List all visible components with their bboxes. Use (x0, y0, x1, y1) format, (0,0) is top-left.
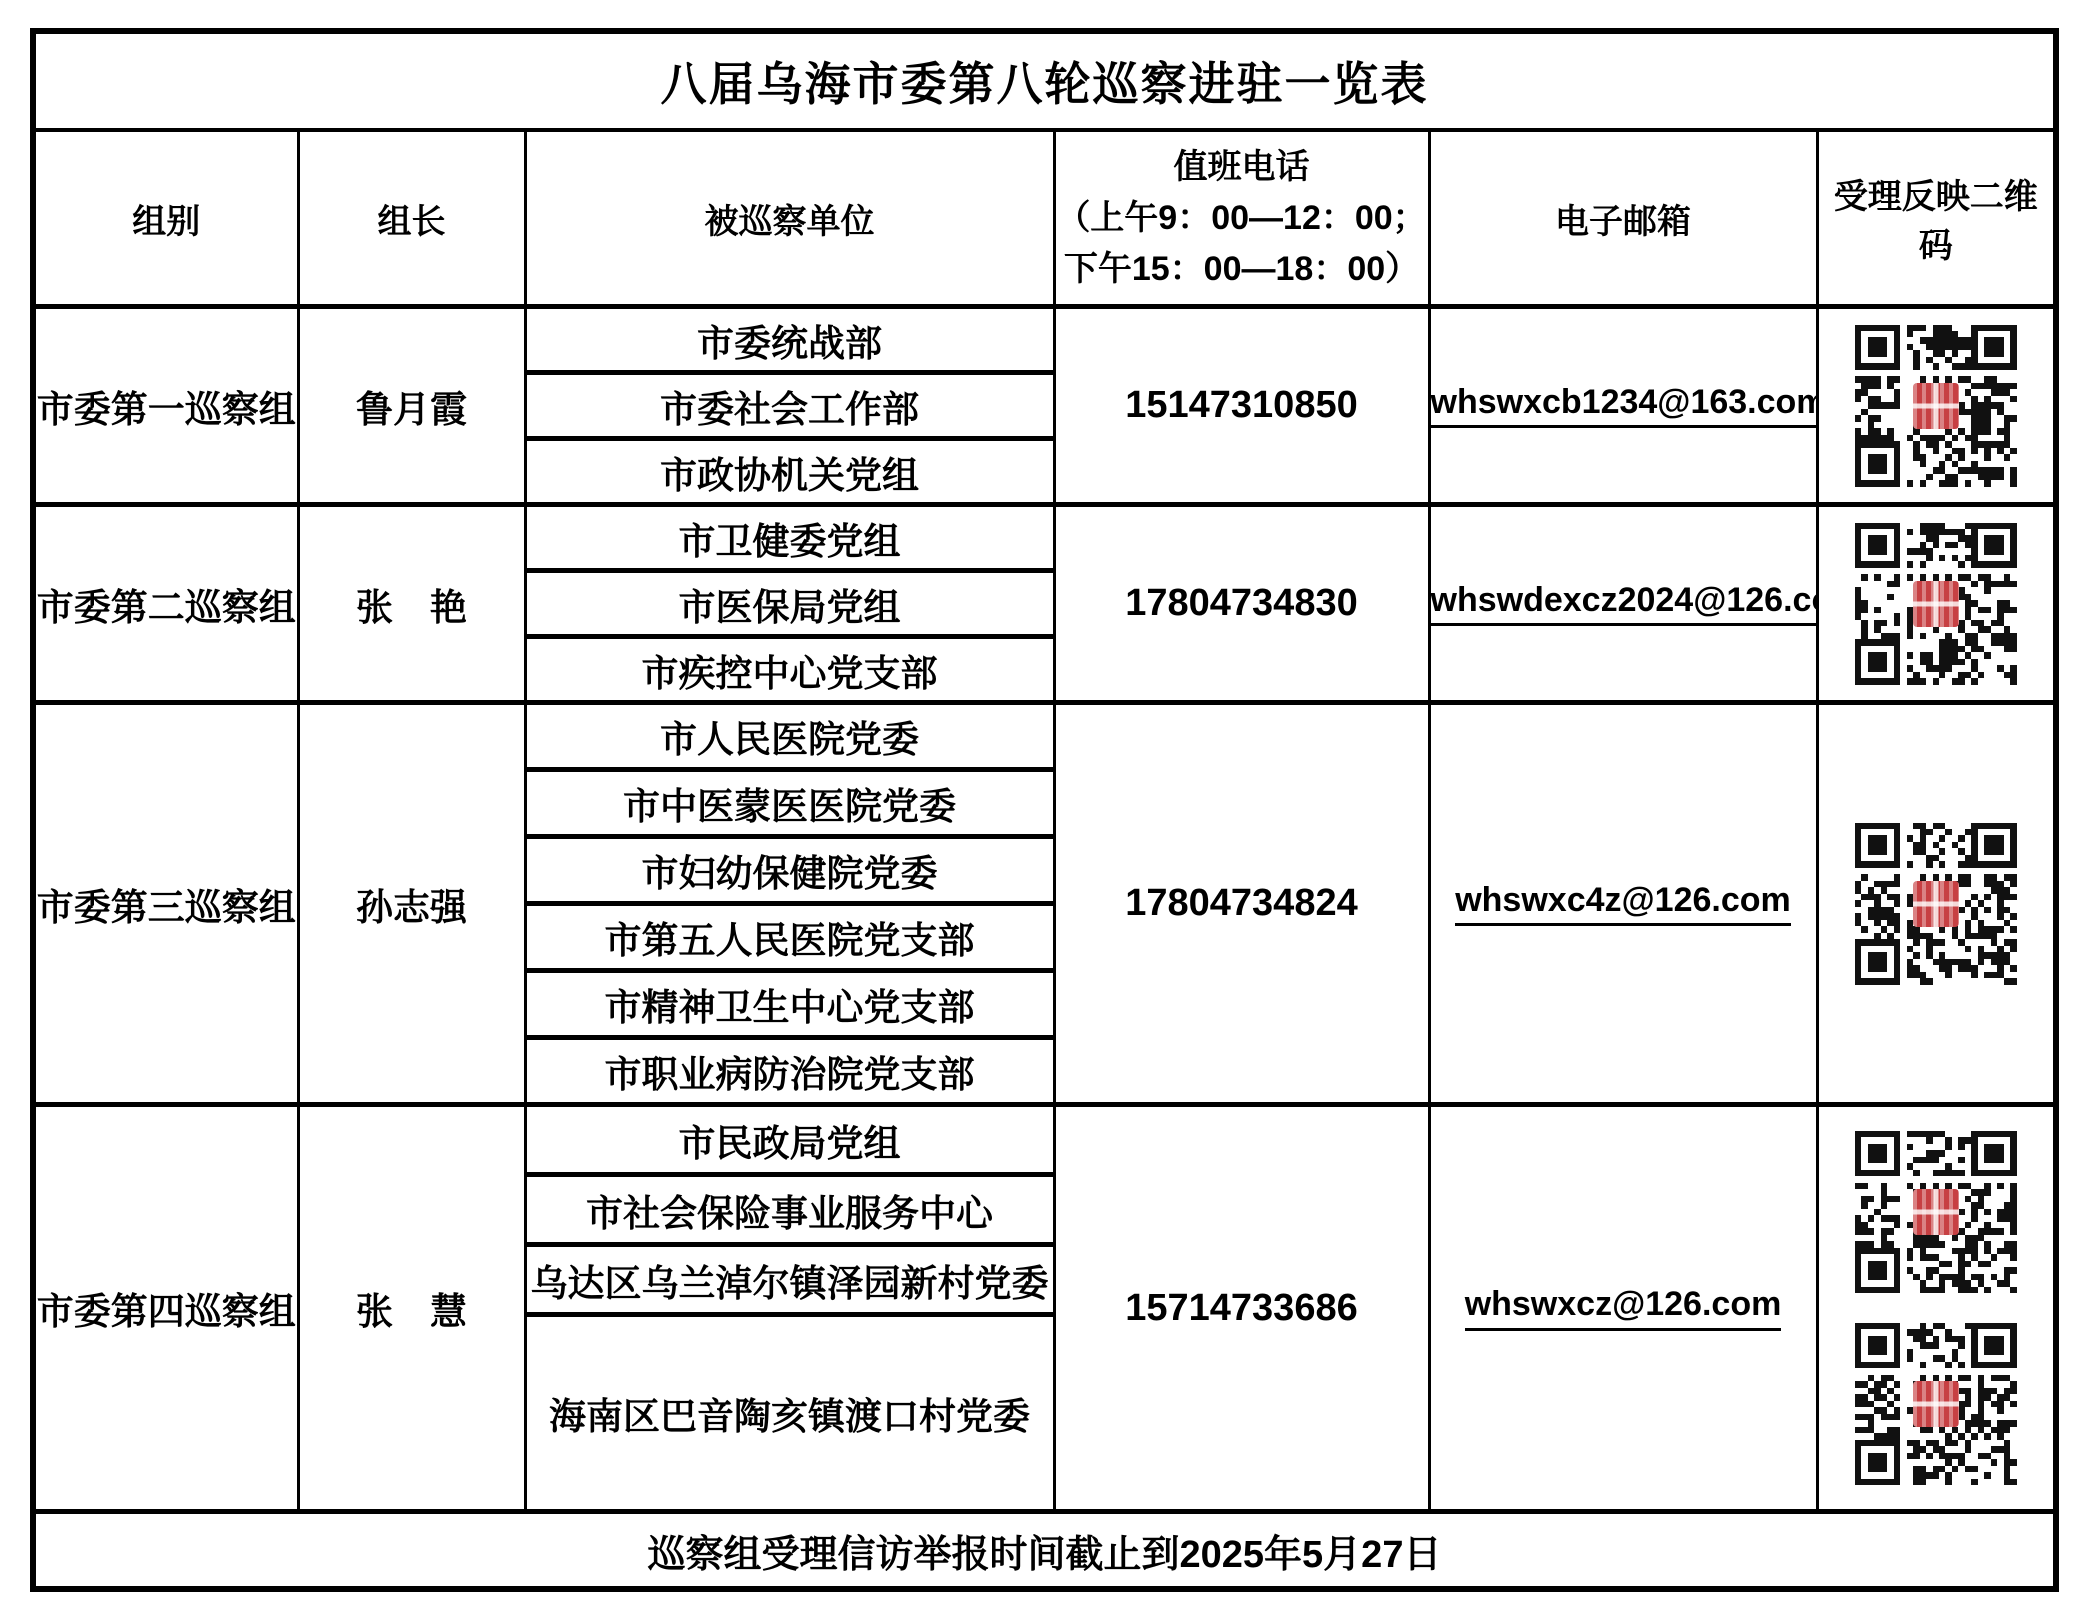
unit-cell: 市政协机关党组 (525, 439, 1054, 505)
group-name: 市委第二巡察组 (33, 505, 298, 703)
email-cell: whswxcz@126.com (1429, 1105, 1817, 1512)
qr-code (1855, 1323, 2017, 1485)
unit-cell: 市精神卫生中心党支部 (525, 971, 1054, 1038)
group-leader: 鲁月霞 (298, 307, 525, 505)
col-header-phone: 值班电话 （上午9：00—12：00； 下午15：00—18：00） (1054, 130, 1429, 307)
unit-cell: 市民政局党组 (525, 1105, 1054, 1175)
phone-header-line1: 值班电话 (1056, 142, 1428, 193)
unit-cell: 海南区巴音陶亥镇渡口村党委 (525, 1315, 1054, 1512)
group-name: 市委第一巡察组 (33, 307, 298, 505)
unit-cell: 市委社会工作部 (525, 373, 1054, 439)
unit-cell: 市妇幼保健院党委 (525, 837, 1054, 904)
email-link[interactable]: whswxcb1234@163.com (1431, 384, 1818, 428)
email-cell: whswxcb1234@163.com (1429, 307, 1817, 505)
unit-cell: 市委统战部 (525, 307, 1054, 373)
unit-cell: 市社会保险事业服务中心 (525, 1175, 1054, 1245)
title-section: 八届乌海市委第八轮巡察进驻一览表 组别 组长 被巡察单位 值班电话 （上午9：0… (33, 31, 2056, 307)
col-header-units: 被巡察单位 (525, 130, 1054, 307)
group-name: 市委第三巡察组 (33, 703, 298, 1105)
group-leader: 张 艳 (298, 505, 525, 703)
duty-phone: 15147310850 (1054, 307, 1429, 505)
qr-code (1855, 325, 2017, 487)
group-row-2: 市委第二巡察组 张 艳 市卫健委党组 17804734830 whswdexcz… (33, 505, 2056, 703)
unit-cell: 市第五人民医院党支部 (525, 904, 1054, 971)
col-header-group: 组别 (33, 130, 298, 307)
email-link[interactable]: whswxcz@126.com (1465, 1286, 1782, 1330)
qr-code (1855, 823, 2017, 985)
group-row-1: 市委第一巡察组 鲁月霞 市委统战部 15147310850 whswxcb123… (33, 307, 2056, 505)
qr-code (1855, 1131, 2017, 1293)
col-header-leader: 组长 (298, 130, 525, 307)
col-header-email: 电子邮箱 (1429, 130, 1817, 307)
email-link[interactable]: whswdexcz2024@126.com (1431, 582, 1818, 626)
qr-cell (1817, 1105, 2056, 1512)
group-name: 市委第四巡察组 (33, 1105, 298, 1512)
duty-phone: 17804734824 (1054, 703, 1429, 1105)
phone-header-line2: （上午9：00—12：00； (1056, 193, 1428, 244)
footer-section: 巡察组受理信访举报时间截止到2025年5月27日 (33, 1512, 2056, 1590)
inspection-table: 八届乌海市委第八轮巡察进驻一览表 组别 组长 被巡察单位 值班电话 （上午9：0… (30, 28, 2059, 1592)
group-leader: 张 慧 (298, 1105, 525, 1512)
unit-cell: 市人民医院党委 (525, 703, 1054, 770)
group-leader: 孙志强 (298, 703, 525, 1105)
qr-code (1855, 523, 2017, 685)
qr-cell (1817, 703, 2056, 1105)
qr-cell (1817, 505, 2056, 703)
duty-phone: 15714733686 (1054, 1105, 1429, 1512)
col-header-qr: 受理反映二维码 (1817, 130, 2056, 307)
email-link[interactable]: whswxc4z@126.com (1455, 882, 1791, 926)
footer-note: 巡察组受理信访举报时间截止到2025年5月27日 (33, 1512, 2056, 1590)
email-cell: whswdexcz2024@126.com (1429, 505, 1817, 703)
table-header-row: 组别 组长 被巡察单位 值班电话 （上午9：00—12：00； 下午15：00—… (33, 130, 2056, 307)
document-page: 八届乌海市委第八轮巡察进驻一览表 组别 组长 被巡察单位 值班电话 （上午9：0… (0, 0, 2086, 1603)
duty-phone: 17804734830 (1054, 505, 1429, 703)
unit-cell: 市中医蒙医医院党委 (525, 770, 1054, 837)
page-title: 八届乌海市委第八轮巡察进驻一览表 (33, 31, 2056, 130)
group-row-3: 市委第三巡察组 孙志强 市人民医院党委 17804734824 whswxc4z… (33, 703, 2056, 1105)
unit-cell: 市医保局党组 (525, 571, 1054, 637)
group-row-4: 市委第四巡察组 张 慧 市民政局党组 15714733686 whswxcz@1… (33, 1105, 2056, 1512)
unit-cell: 市卫健委党组 (525, 505, 1054, 571)
email-cell: whswxc4z@126.com (1429, 703, 1817, 1105)
qr-cell (1817, 307, 2056, 505)
unit-cell: 市疾控中心党支部 (525, 637, 1054, 703)
unit-cell: 乌达区乌兰淖尔镇泽园新村党委 (525, 1245, 1054, 1315)
phone-header-line3: 下午15：00—18：00） (1056, 244, 1428, 295)
unit-cell: 市职业病防治院党支部 (525, 1038, 1054, 1105)
